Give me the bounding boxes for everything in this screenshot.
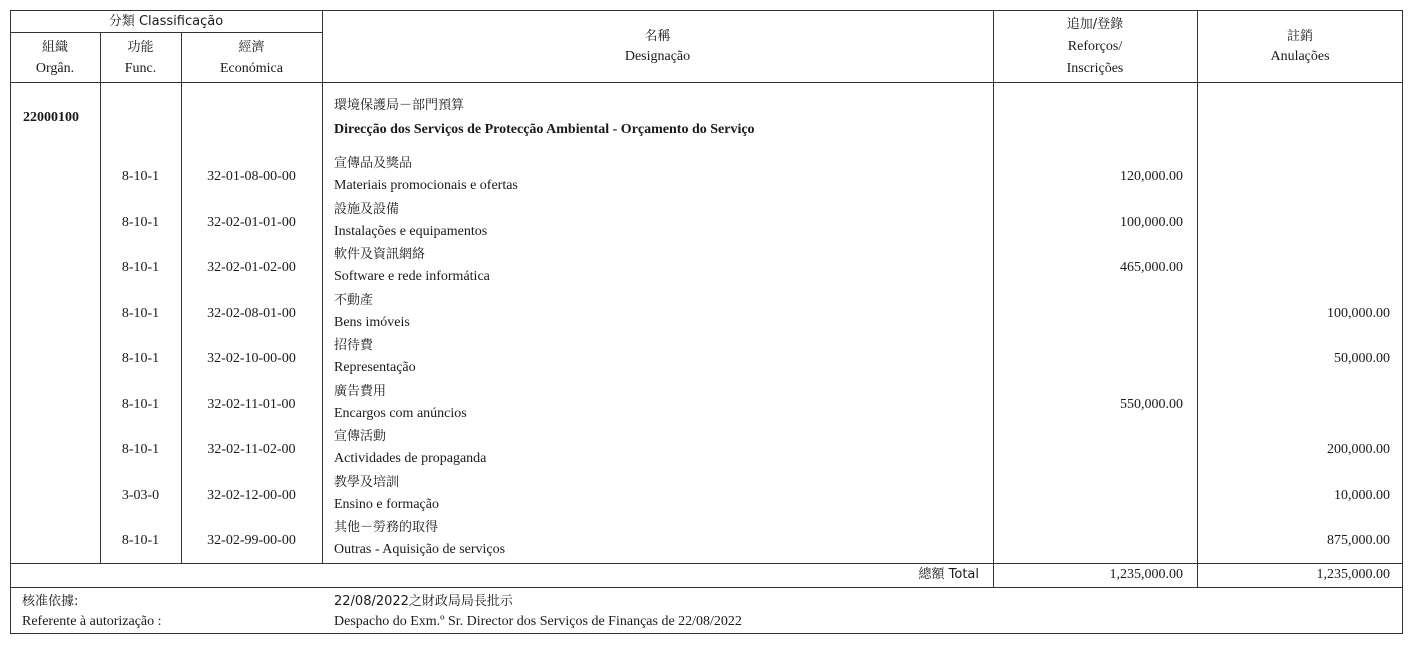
row-func: 8-10-1 [100,531,181,551]
divider [100,32,101,563]
organ-name-pt: Direcção dos Serviços de Protecção Ambie… [334,120,755,140]
header-reinforce-zh: 追加/登錄 [993,15,1197,35]
row-econ: 32-01-08-00-00 [181,167,322,187]
row-func: 8-10-1 [100,440,181,460]
divider [10,563,1403,564]
organ-name-zh: 環境保護局－部門預算 [334,96,464,116]
row-econ: 32-02-99-00-00 [181,531,322,551]
row-name-zh: 教學及培訓 [334,473,399,493]
total-label: 總額 Total [322,565,979,585]
row-cancel: 200,000.00 [1197,440,1390,460]
footer-label-zh: 核准依據: [22,592,78,612]
row-cancel: 875,000.00 [1197,531,1390,551]
row-name-zh: 其他－勞務的取得 [334,518,438,538]
header-func-zh: 功能 [100,38,181,58]
row-econ: 32-02-01-02-00 [181,258,322,278]
row-name-pt: Bens imóveis [334,313,410,333]
row-name-pt: Instalações e equipamentos [334,222,487,242]
row-reinforce: 120,000.00 [993,167,1183,187]
header-cancel-pt: Anulações [1197,47,1403,67]
divider [10,32,322,33]
divider [181,32,182,563]
row-econ: 32-02-01-01-00 [181,213,322,233]
header-reinforce-pt2: Inscrições [993,59,1197,79]
row-reinforce: 550,000.00 [993,395,1183,415]
row-name-pt: Encargos com anúncios [334,404,467,424]
row-func: 8-10-1 [100,258,181,278]
header-organ-pt: Orgân. [10,59,100,79]
row-name-zh: 廣告費用 [334,382,386,402]
divider [10,82,1403,83]
total-reinforce: 1,235,000.00 [993,565,1183,585]
header-designation-zh: 名稱 [322,27,993,47]
row-econ: 32-02-11-02-00 [181,440,322,460]
row-name-pt: Materiais promocionais e ofertas [334,176,518,196]
header-designation-pt: Designação [322,47,993,67]
row-cancel: 100,000.00 [1197,304,1390,324]
header-func-pt: Func. [100,59,181,79]
row-econ: 32-02-11-01-00 [181,395,322,415]
row-name-pt: Ensino e formação [334,495,439,515]
header-reinforce-pt1: Reforços/ [993,37,1197,57]
header-econ-pt: Económica [181,59,322,79]
row-name-pt: Representação [334,358,416,378]
header-classification: 分類 Classificação [10,12,322,32]
total-cancel: 1,235,000.00 [1197,565,1390,585]
row-cancel: 50,000.00 [1197,349,1390,369]
row-func: 3-03-0 [100,486,181,506]
row-name-zh: 招待費 [334,336,373,356]
divider [322,10,323,563]
row-name-zh: 設施及設備 [334,200,399,220]
divider [10,587,1403,588]
row-name-zh: 宣傳品及獎品 [334,154,412,174]
header-econ-zh: 經濟 [181,38,322,58]
row-name-pt: Software e rede informática [334,267,490,287]
row-econ: 32-02-12-00-00 [181,486,322,506]
row-func: 8-10-1 [100,213,181,233]
header-cancel-zh: 註銷 [1197,27,1403,47]
divider [993,10,994,587]
row-reinforce: 465,000.00 [993,258,1183,278]
header-organ-zh: 組織 [10,38,100,58]
row-econ: 32-02-08-01-00 [181,304,322,324]
footer-text-zh: 22/08/2022之財政局局長批示 [334,592,513,612]
row-name-pt: Actividades de propaganda [334,449,486,469]
row-func: 8-10-1 [100,167,181,187]
row-name-zh: 軟件及資訊網絡 [334,245,425,265]
row-func: 8-10-1 [100,304,181,324]
row-cancel: 10,000.00 [1197,486,1390,506]
row-name-zh: 宣傳活動 [334,427,386,447]
row-func: 8-10-1 [100,395,181,415]
organ-code: 22000100 [23,108,79,128]
row-name-zh: 不動產 [334,291,373,311]
row-reinforce: 100,000.00 [993,213,1183,233]
row-name-pt: Outras - Aquisição de serviços [334,540,505,560]
row-func: 8-10-1 [100,349,181,369]
row-econ: 32-02-10-00-00 [181,349,322,369]
footer-label-pt: Referente à autorização : [22,612,162,632]
header-classification-text: 分類 Classificação [109,14,223,29]
footer-text-pt: Despacho do Exm.º Sr. Director dos Servi… [334,612,742,632]
